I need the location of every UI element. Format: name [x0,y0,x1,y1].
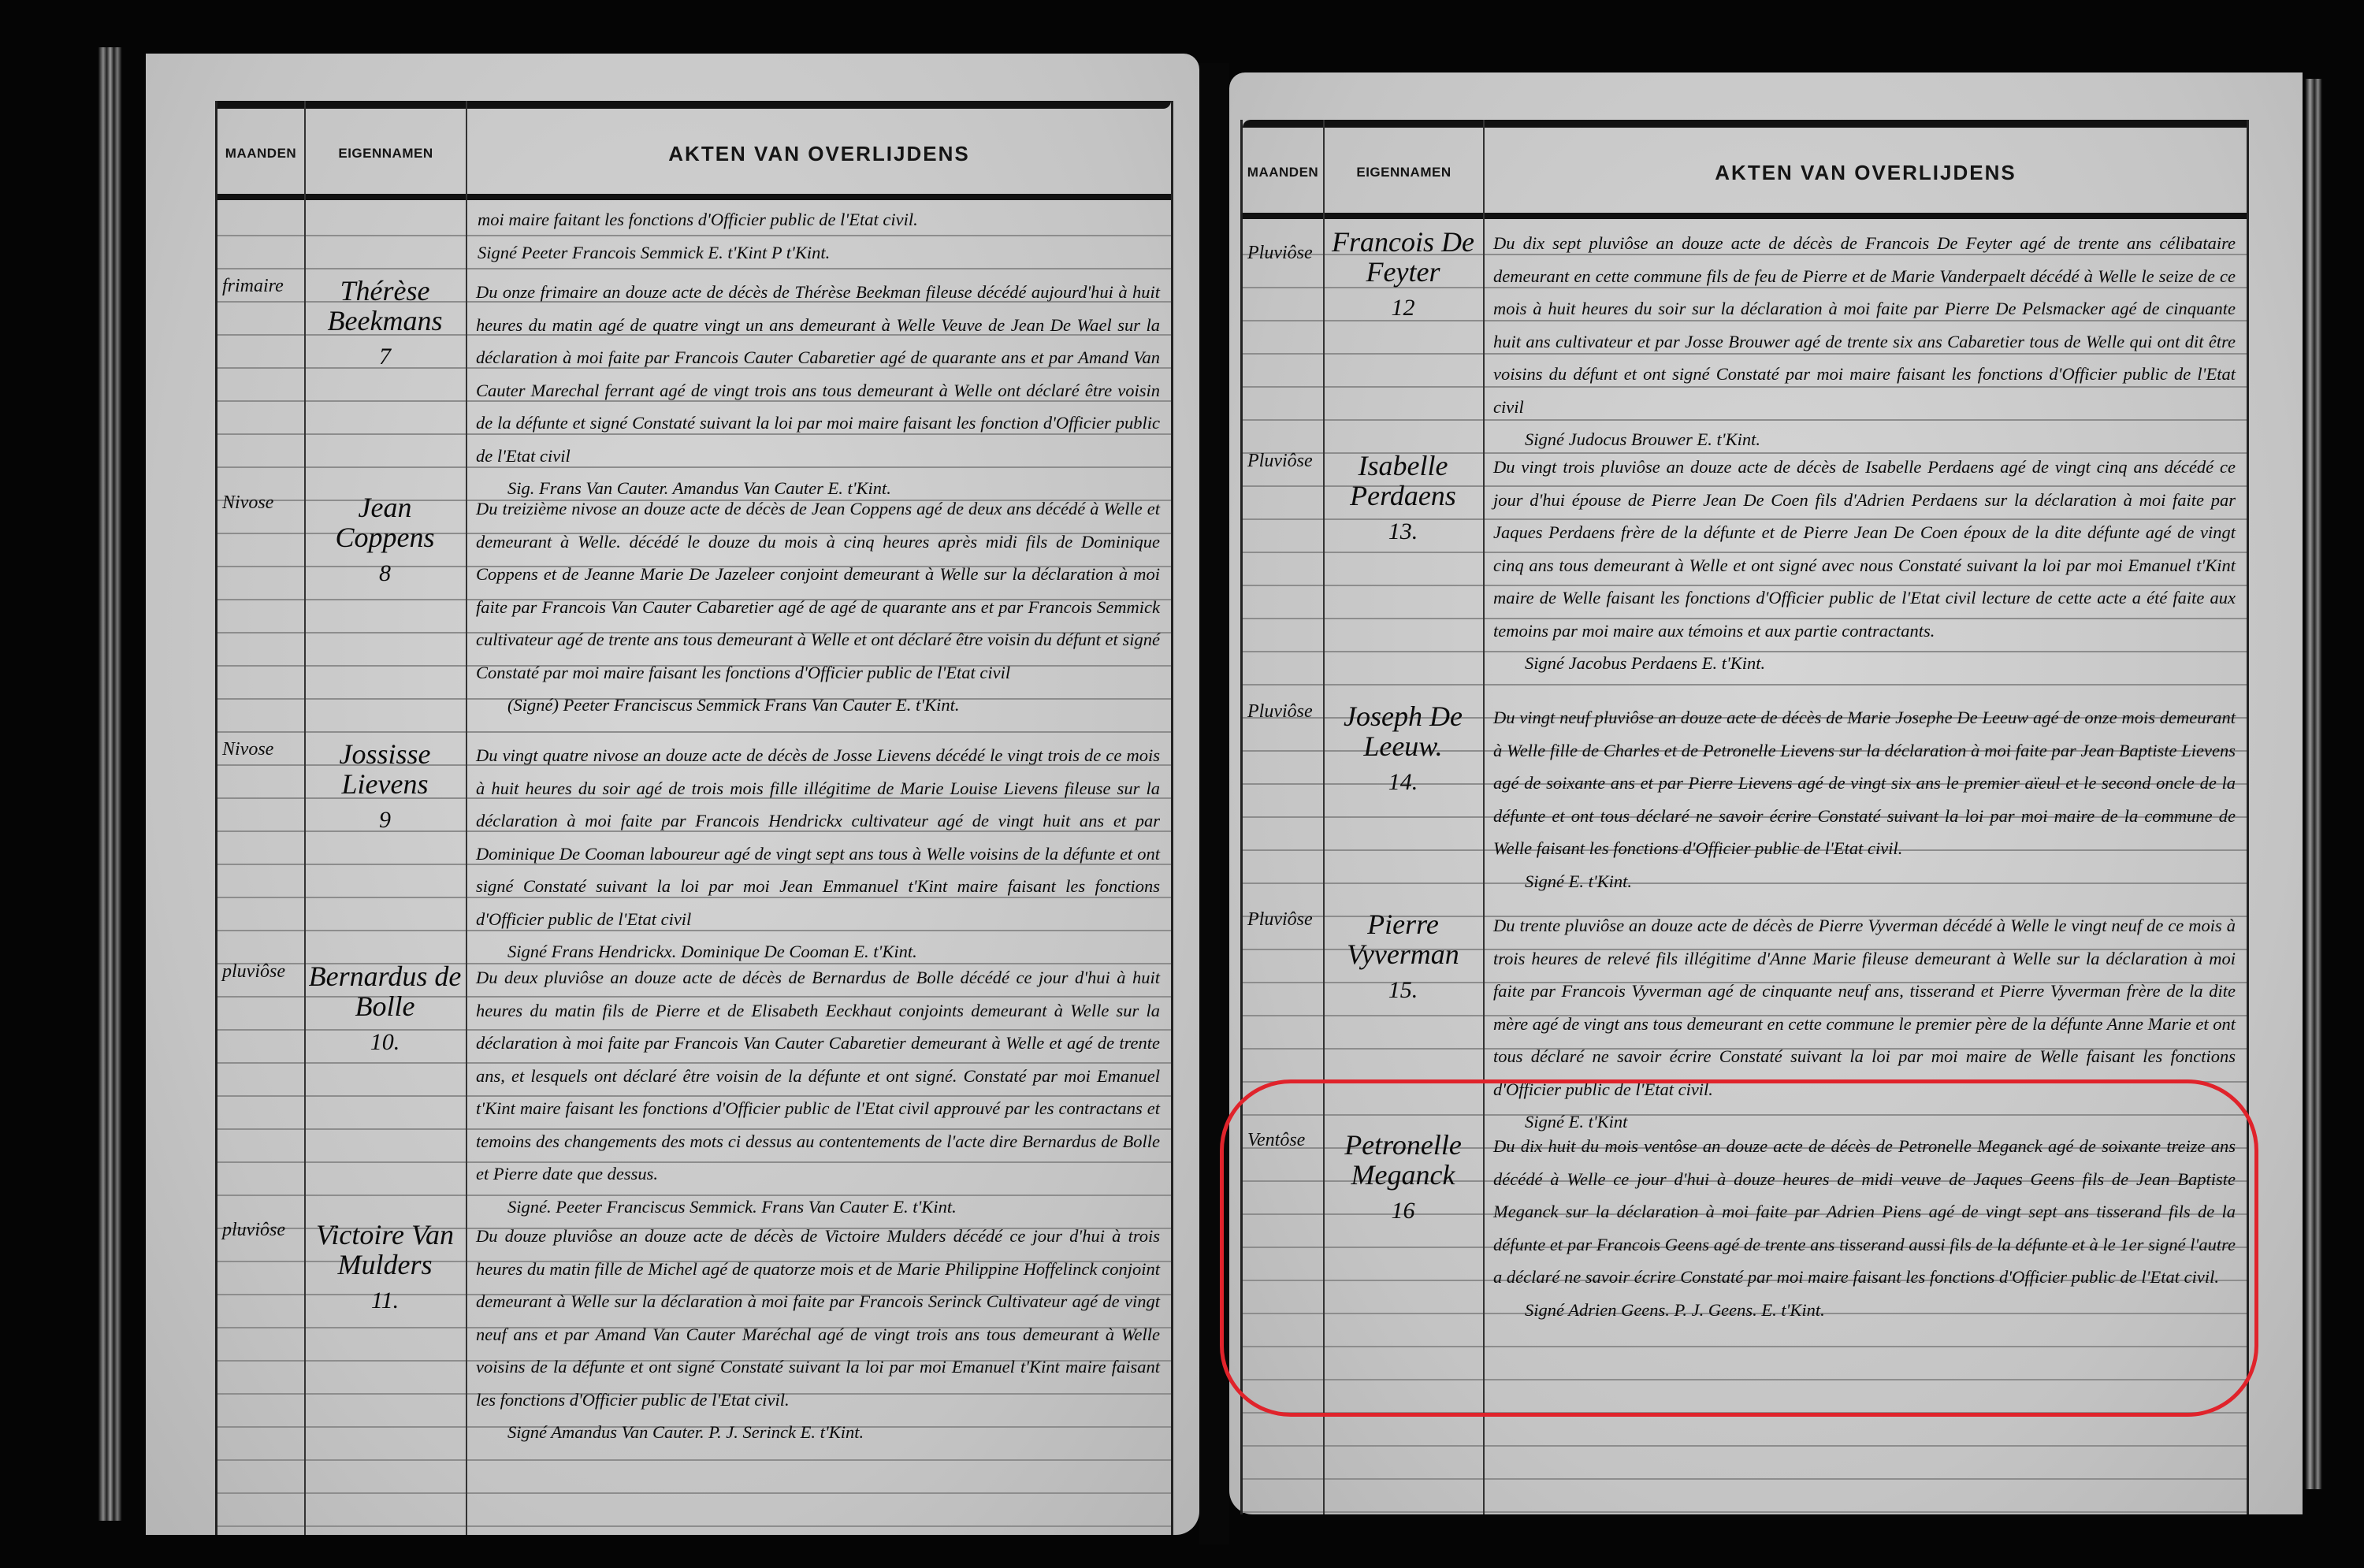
entry-name: Jossisse Lievens 9 [308,739,462,835]
entry-name: Bernardus de Bolle 10. [308,961,462,1057]
column-divider [304,101,306,1535]
entry-number: 9 [308,805,462,835]
entry-number: 15. [1326,975,1480,1005]
act-text: moi maire faitant les fonctions d'Offici… [478,210,918,229]
act-signature: (Signé) Peeter Franciscus Semmick Frans … [476,689,1160,722]
act-signature: Signé. Peeter Franciscus Semmick. Frans … [476,1191,1160,1224]
header-top-rule [1243,120,2247,128]
entry-number: 13. [1326,517,1480,547]
column-header-months: MAANDEN [217,115,304,192]
entry-name: Isabelle Perdaens 13. [1326,451,1480,547]
entry-number: 12 [1326,293,1480,323]
act-body: Du treizième nivose an douze acte de déc… [476,492,1160,722]
entry-name: Petronelle Meganck 16 [1326,1130,1480,1226]
entry-name-text: Bernardus de Bolle [309,960,462,1022]
act-body: Du dix sept pluviôse an douze acte de dé… [1493,227,2236,456]
entry-number: 11. [308,1286,462,1316]
entry-name: Jean Coppens 8 [308,492,462,589]
entry-month: Nivose [222,739,304,760]
act-text: Du dix huit du mois ventôse an douze act… [1493,1136,2236,1287]
left-page: MAANDEN EIGENNAMEN AKTEN VAN OVERLIJDENS… [146,54,1199,1535]
entry-month: Ventôse [1247,1130,1329,1151]
entry-name: Pierre Vyverman 15. [1326,909,1480,1005]
column-header-acts: AKTEN VAN OVERLIJDENS [1485,134,2247,211]
entry-name: Thérèse Beekmans 7 [308,276,462,372]
act-signature: Signé E. t'Kint. [1493,865,2236,898]
entry-month: Pluviôse [1247,243,1329,264]
column-header-acts: AKTEN VAN OVERLIJDENS [467,115,1171,192]
entry-month: Pluviôse [1247,451,1329,472]
act-text: Du deux pluviôse an douze acte de décès … [476,968,1160,1183]
book-page-edges-right [2305,79,2322,1489]
entry-name-text: Jean Coppens [336,492,435,553]
column-divider [466,101,467,1535]
column-divider [1323,120,1325,1514]
entry-name: Francois De Feyter 12 [1326,227,1480,323]
act-text: Du vingt neuf pluviôse an douze acte de … [1493,708,2236,858]
entry-number: 8 [308,559,462,589]
entry-name: Victoire Van Mulders 11. [308,1220,462,1316]
book-gutter [1199,63,1229,1544]
act-signature: Signé Peeter Francois Semmick E. t'Kint … [478,236,1160,269]
entry-month: Pluviôse [1247,701,1329,723]
entry-month: frimaire [222,276,304,297]
entry-name-text: Francois De Feyter [1332,226,1474,288]
register-table-left: MAANDEN EIGENNAMEN AKTEN VAN OVERLIJDENS… [215,101,1173,1535]
header-bottom-rule [217,194,1171,200]
column-divider [1483,120,1485,1514]
entry-name-text: Victoire Van Mulders [316,1219,454,1280]
act-signature: Signé Adrien Geens. P. J. Geens. E. t'Ki… [1493,1294,2236,1327]
entry-month: Pluviôse [1247,909,1329,931]
act-text: Du vingt trois pluviôse an douze acte de… [1493,457,2236,641]
entry-number: 10. [308,1027,462,1057]
header-bottom-rule [1243,213,2247,219]
act-text: Du trente pluviôse an douze acte de décè… [1493,916,2236,1099]
entry-month: pluviôse [222,961,304,983]
entry-name-text: Thérèse Beekmans [328,275,443,336]
entry-name-text: Isabelle Perdaens [1350,450,1456,511]
right-page: MAANDEN EIGENNAMEN AKTEN VAN OVERLIJDENS… [1229,72,2303,1514]
entry-name-text: Joseph De Leeuw. [1344,700,1463,762]
entry-number: 14. [1326,767,1480,797]
act-signature: Signé Amandus Van Cauter. P. J. Serinck … [476,1416,1160,1449]
act-text: Du vingt quatre nivose an douze acte de … [476,745,1160,929]
act-signature: Signé Jacobus Perdaens E. t'Kint. [1493,647,2236,680]
column-header-names: EIGENNAMEN [306,115,466,192]
act-text: Du douze pluviôse an douze acte de décès… [476,1226,1160,1410]
register-table-right: MAANDEN EIGENNAMEN AKTEN VAN OVERLIJDENS… [1240,120,2249,1514]
entry-month: Nivose [222,492,304,514]
column-header-names: EIGENNAMEN [1325,134,1483,211]
act-text: Du onze frimaire an douze acte de décès … [476,282,1160,466]
act-body: Du onze frimaire an douze acte de décès … [476,276,1160,505]
entry-name-text: Petronelle Meganck [1344,1129,1462,1191]
entry-month: pluviôse [222,1220,304,1241]
act-body: Du vingt trois pluviôse an douze acte de… [1493,451,2236,680]
act-body: Du vingt quatre nivose an douze acte de … [476,739,1160,968]
act-body: Du douze pluviôse an douze acte de décès… [476,1220,1160,1449]
column-header-months: MAANDEN [1243,134,1323,211]
act-body: Du deux pluviôse an douze acte de décès … [476,961,1160,1223]
act-text: Du dix sept pluviôse an douze acte de dé… [1493,233,2236,417]
entry-name-text: Pierre Vyverman [1347,908,1459,970]
header-top-rule [217,101,1171,109]
act-body: Du dix huit du mois ventôse an douze act… [1493,1130,2236,1326]
entry-name: Joseph De Leeuw. 14. [1326,701,1480,797]
book-page-edges-left [98,47,122,1521]
entry-number: 16 [1326,1196,1480,1226]
entry-name-text: Jossisse Lievens [340,738,431,800]
act-text: Du treizième nivose an douze acte de déc… [476,499,1160,682]
entry-number: 7 [308,342,462,372]
act-body: Du vingt neuf pluviôse an douze acte de … [1493,701,2236,897]
act-body: Du trente pluviôse an douze acte de décè… [1493,909,2236,1139]
